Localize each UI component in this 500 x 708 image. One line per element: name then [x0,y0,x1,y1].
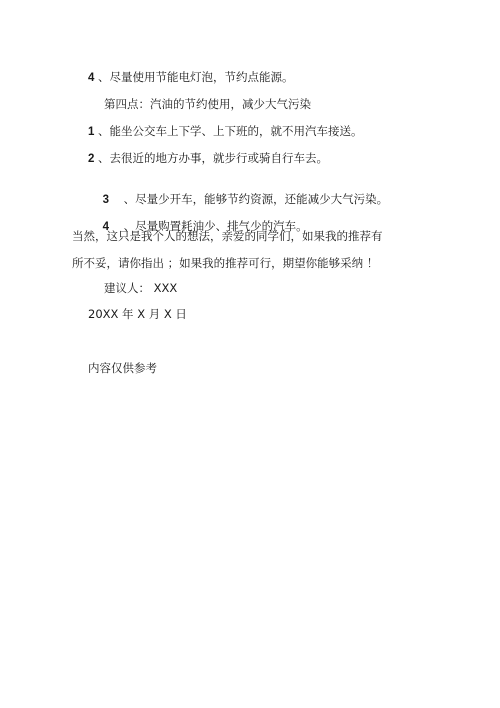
item-text: 、去很近的地方办事，就步行或骑自行车去。 [94,151,328,165]
heading-text: 第四点：汽油的节约使用，减少大气污染 [104,97,311,111]
section-heading-4: 第四点：汽油的节约使用，减少大气污染 [104,97,311,111]
paragraph-text: 当然，这只是我个人的想法，亲爱的同学们，如果我的推荐有 [72,229,383,243]
disclaimer-line: 内容仅供参考 [88,361,157,375]
item-text: 、能坐公交车上下学、上下班的，就不用汽车接送。 [94,124,362,138]
date-line: 20XX 年 X 月 X 日 [88,307,187,321]
item-text: 、尽量使用节能电灯泡，节约点能源。 [94,70,293,84]
disclaimer-text: 内容仅供参考 [88,361,157,375]
signature-text: 建议人： XXX [104,281,177,295]
item-text: 、尽量少开车，能够节约资源，还能减少大气污染。 [109,192,388,206]
signature-line: 建议人： XXX [104,281,177,295]
closing-paragraph-line-2: 所不妥，请你指出 ；如果我的推荐可行，期望你能够采纳 ！ [72,256,378,270]
closing-paragraph-line-1: 当然，这只是我个人的想法，亲爱的同学们，如果我的推荐有 [72,229,383,243]
paragraph-item-4-bulbs: 4 、尽量使用节能电灯泡，节约点能源。 [88,70,294,85]
paragraph-item-1: 1 、能坐公交车上下学、上下班的，就不用汽车接送。 [88,124,363,139]
paragraph-text: 所不妥，请你指出 ；如果我的推荐可行，期望你能够采纳 ！ [72,256,378,270]
date-text: 20XX 年 X 月 X 日 [88,307,187,321]
paragraph-item-2: 2 、去很近的地方办事，就步行或骑自行车去。 [88,151,328,166]
